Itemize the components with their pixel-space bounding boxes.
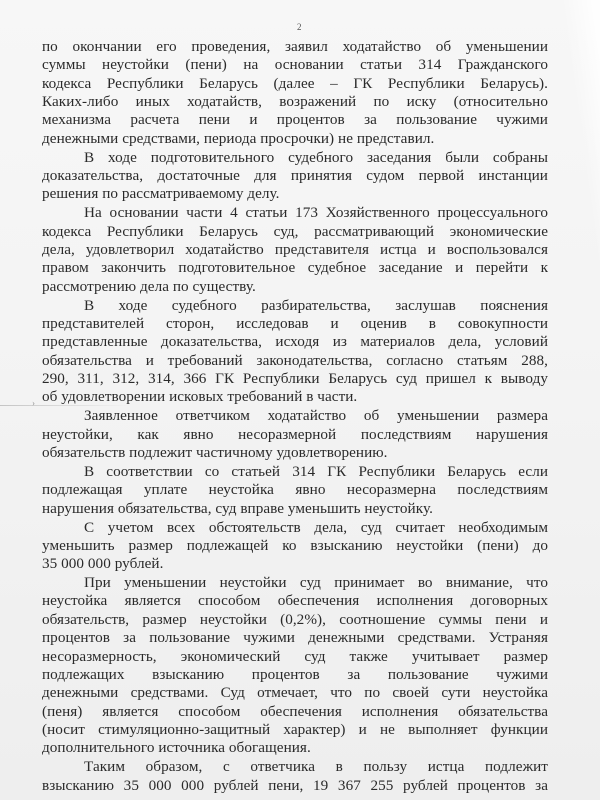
paragraph: На основании части 4 статьи 173 Хозяйств… [42,204,548,296]
text-line: В соответствии со статьей 314 ГК Республ… [42,463,548,481]
paragraph: В соответствии со статьей 314 ГК Республ… [42,463,548,518]
paragraph: С учетом всех обстоятельств дела, суд сч… [42,519,548,574]
text-line: Каких-либо иных ходатайств, возражений п… [42,93,548,111]
paragraph: по окончании его проведения, заявил хода… [42,38,548,148]
scanned-document-page: › 2 по окончании его проведения, заявил … [0,0,600,800]
text-line: На основании части 4 статьи 173 Хозяйств… [42,204,548,222]
paragraph: При уменьшении неустойки суд принимает в… [42,574,548,757]
text-line: (пеня) является способом обеспечения исп… [42,703,548,721]
text-line: механизма расчета пени и процентов за по… [42,111,548,129]
text-line: 35 000 000 рублей. [42,555,548,573]
text-line: При уменьшении неустойки суд принимает в… [42,574,548,592]
text-line: рассмотрению дела по существу. [42,278,548,296]
text-line: представителей сторон, исследовав и оцен… [42,315,548,333]
text-line: (носит стимуляционно-защитный характер) … [42,721,548,739]
text-line: уменьшить размер подлежащей ко взысканию… [42,537,548,555]
text-line: дела, удовлетворил ходатайство представи… [42,241,548,259]
text-line: процентов за пользование чужими денежным… [42,629,548,647]
text-line: суммы неустойки (пени) на основании стат… [42,56,548,74]
text-line: неустойка является способом обеспечения … [42,592,548,610]
text-line: нарушения обязательства, суд вправе умен… [42,500,548,518]
scan-artifact-mark: › [32,398,35,408]
text-line: Таким образом, с ответчика в пользу истц… [42,758,548,776]
text-line: несоразмерность, экономический суд также… [42,648,548,666]
text-line: правом закончить подготовительное судебн… [42,259,548,277]
text-line: обязательств подлежит частичному удовлет… [42,444,548,462]
paragraph: В ходе судебного разбирательства, заслуш… [42,297,548,407]
text-line: В ходе подготовительного судебного засед… [42,149,548,167]
paragraph: Таким образом, с ответчика в пользу истц… [42,758,548,795]
text-line: Заявленное ответчиком ходатайство об уме… [42,407,548,425]
text-line: подлежащая уплате неустойка явно несораз… [42,481,548,499]
text-line: 290, 311, 312, 314, 366 ГК Республики Бе… [42,370,548,388]
text-line: обязательств, размер неустойки (0,2%), с… [42,611,548,629]
text-line: неустойки, как явно несоразмерной послед… [42,426,548,444]
text-line: об удовлетворении исковых требований в ч… [42,388,548,406]
text-line: денежными средствами, периода просрочки)… [42,130,548,148]
page-number: 2 [297,22,302,32]
page-fold-shadow [560,0,600,800]
text-line: кодекса Республики Беларусь (далее – ГК … [42,75,548,93]
text-line: решения по рассматриваемому делу. [42,185,548,203]
text-line: денежными средствами. Суд отмечает, что … [42,684,548,702]
text-line: взысканию 35 000 000 рублей пени, 19 367… [42,777,548,795]
text-line: дополнительного источника обогащения. [42,739,548,757]
paragraph: В ходе подготовительного судебного засед… [42,149,548,204]
document-body: по окончании его проведения, заявил хода… [42,38,548,795]
text-line: В ходе судебного разбирательства, заслуш… [42,297,548,315]
text-line: представленные доказательства, исходя из… [42,333,548,351]
text-line: подлежащих взысканию процентов за пользо… [42,666,548,684]
text-line: С учетом всех обстоятельств дела, суд сч… [42,519,548,537]
text-line: доказательства, достаточные для принятия… [42,167,548,185]
paragraph: Заявленное ответчиком ходатайство об уме… [42,407,548,462]
text-line: по окончании его проведения, заявил хода… [42,38,548,56]
text-line: обязательства и требований законодательс… [42,352,548,370]
text-line: кодекса Республики Беларусь суд, рассмат… [42,223,548,241]
